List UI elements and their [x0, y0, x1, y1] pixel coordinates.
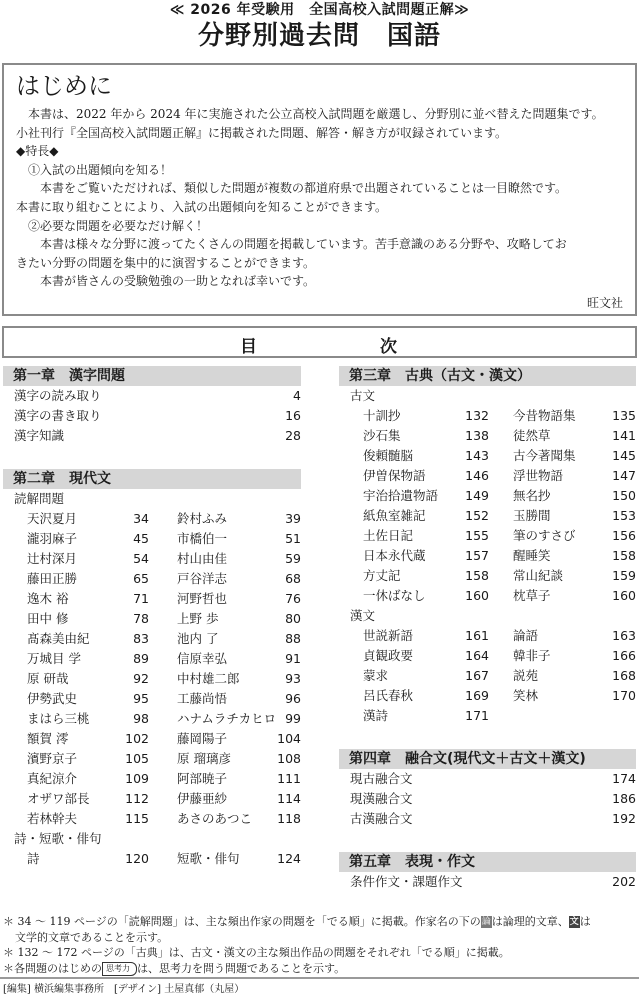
entry-page: 153 — [609, 506, 636, 526]
footnote-text: ＊各問題のはじめの — [3, 962, 102, 975]
entry-page: 160 — [459, 586, 489, 606]
entry-label: 原 研哉 — [27, 669, 119, 689]
chapter-2-heading: 第二章 現代文 — [3, 469, 301, 489]
literary-text-badge-icon: 文 — [569, 916, 580, 928]
entry-label: 濱野京子 — [27, 749, 119, 769]
toc-entry-pair[interactable]: 伊曽保物語146浮世物語147 — [339, 466, 636, 486]
toc-entry-pair[interactable]: 沙石集138徒然草141 — [339, 426, 636, 446]
entry-page: 4 — [293, 386, 301, 406]
entry-label: 短歌・俳句 — [149, 849, 273, 869]
toc-entry-pair[interactable]: 俊頼髄脳143古今著聞集145 — [339, 446, 636, 466]
footnotes: ＊ 34 ～ 119 ページの「読解問題」は、主な頻出作家の問題を「でる順」に掲… — [3, 914, 637, 976]
entry-label: 蒙求 — [363, 666, 459, 686]
toc-left-column: 第一章 漢字問題 漢字の読み取り4 漢字の書き取り16 漢字知識28 第二章 現… — [3, 366, 301, 869]
toc-entry-pair[interactable]: 呂氏春秋169笑林170 — [339, 686, 636, 706]
intro-line: 小社刊行『全国高校入試問題正解』に掲載された問題、解答・解き方が収録されています… — [16, 124, 625, 143]
entry-page: 163 — [609, 626, 636, 646]
entry-page: 28 — [285, 426, 301, 446]
entry-page: 174 — [612, 769, 636, 789]
entry-label: 中村雄二郎 — [149, 669, 273, 689]
entry-label: 天沢夏月 — [27, 509, 119, 529]
entry-page: 109 — [119, 769, 149, 789]
entry-page: 115 — [119, 809, 149, 829]
entry-page: 114 — [273, 789, 301, 809]
entry-label: 日本永代蔵 — [363, 546, 459, 566]
entry-page: 16 — [285, 406, 301, 426]
entry-page: 51 — [273, 529, 301, 549]
intro-box: はじめに 本書は、2022 年から 2024 年に実施された公立高校入試問題を厳… — [2, 63, 637, 316]
entry-page: 170 — [609, 686, 636, 706]
entry-page: 167 — [459, 666, 489, 686]
toc-title: 目 次 — [2, 326, 637, 358]
entry-label: 村山由佳 — [149, 549, 273, 569]
entry-label: 市橋伯一 — [149, 529, 273, 549]
entry-page: 161 — [459, 626, 489, 646]
entry-label: 枕草子 — [489, 586, 609, 606]
entry-label: 沙石集 — [363, 426, 459, 446]
toc-entry-pair[interactable]: 額賀 澪102藤岡陽子104 — [3, 729, 301, 749]
entry-page: 158 — [459, 566, 489, 586]
entry-page: 155 — [459, 526, 489, 546]
toc-entry-pair[interactable]: 方丈記158常山紀談159 — [339, 566, 636, 586]
entry-label — [489, 706, 609, 726]
chapter-3-heading: 第三章 古典（古文・漢文） — [339, 366, 636, 386]
entry-label: 一休ばなし — [363, 586, 459, 606]
entry-label: 醒睡笑 — [489, 546, 609, 566]
toc-entry-pair[interactable]: 一休ばなし160枕草子160 — [339, 586, 636, 606]
entry-page: 146 — [459, 466, 489, 486]
entry-page: 98 — [119, 709, 149, 729]
toc-entry-pair[interactable]: 世説新語161論語163 — [339, 626, 636, 646]
entry-label: 方丈記 — [363, 566, 459, 586]
entry-page: 65 — [119, 569, 149, 589]
entry-page: 39 — [273, 509, 301, 529]
entry-page: 147 — [609, 466, 636, 486]
toc-right-column: 第三章 古典（古文・漢文） 古文 十訓抄132今昔物語集135沙石集138徒然草… — [339, 366, 636, 892]
entry-label: 伊勢武史 — [27, 689, 119, 709]
entry-page: 112 — [119, 789, 149, 809]
footnote-text: は — [580, 915, 591, 928]
footnote-text: は、思考力を問う問題であることを示す。 — [137, 962, 345, 975]
entry-page: 168 — [609, 666, 636, 686]
toc-entry-pair[interactable]: 詩120短歌・俳句124 — [3, 849, 301, 869]
entry-label: 辻村深月 — [27, 549, 119, 569]
toc-entry-pair[interactable]: 漢詩171 — [339, 706, 636, 726]
entry-page: 45 — [119, 529, 149, 549]
entry-label: 伊曽保物語 — [363, 466, 459, 486]
entry-label: 万城目 学 — [27, 649, 119, 669]
entry-page: 104 — [273, 729, 301, 749]
intro-heading: はじめに — [16, 69, 625, 103]
entry-label: 俊頼髄脳 — [363, 446, 459, 466]
logical-text-badge-icon: 論 — [481, 916, 492, 928]
entry-page: 80 — [273, 609, 301, 629]
entry-page: 83 — [119, 629, 149, 649]
credits: [編集] 横浜編集事務所 [デザイン] 土屋真郁（丸屋） — [3, 983, 244, 997]
subsection-kobun: 古文 — [339, 386, 636, 406]
footnote-3: ＊各問題のはじめの思考力は、思考力を問う問題であることを示す。 — [3, 961, 637, 977]
entry-page: 124 — [273, 849, 301, 869]
entry-label: 若林幹夫 — [27, 809, 119, 829]
toc-entry-pair[interactable]: 濱野京子105原 瑠璃彦108 — [3, 749, 301, 769]
entry-label: 玉勝間 — [489, 506, 609, 526]
entry-page: 68 — [273, 569, 301, 589]
toc-entry[interactable]: 漢字知識28 — [3, 426, 301, 446]
toc-entry-pair[interactable]: 辻村深月54村山由佳59 — [3, 549, 301, 569]
toc-entry-pair[interactable]: 十訓抄132今昔物語集135 — [339, 406, 636, 426]
footnote-text: は論理的文章、 — [492, 915, 569, 928]
toc-entry-pair[interactable]: 瀧羽麻子45市橋伯一51 — [3, 529, 301, 549]
entry-label: 漢字の書き取り — [14, 406, 102, 426]
entry-page: 150 — [609, 486, 636, 506]
entry-label: 逸木 裕 — [27, 589, 119, 609]
entry-label: 土佐日記 — [363, 526, 459, 546]
entry-label: 漢詩 — [363, 706, 459, 726]
entry-page: 120 — [119, 849, 149, 869]
entry-page: 135 — [609, 406, 636, 426]
entry-page: 95 — [119, 689, 149, 709]
entry-page: 89 — [119, 649, 149, 669]
entry-label: 詩 — [27, 849, 119, 869]
entry-label: 河野哲也 — [149, 589, 273, 609]
page-header: ≪ 2026 年受験用 全国高校入試問題正解≫ 分野別過去問 国語 — [0, 0, 639, 53]
footer-divider — [0, 977, 639, 979]
feature-1-title: ①入試の出題傾向を知る！ — [16, 161, 625, 180]
entry-page: 164 — [459, 646, 489, 666]
footnote-text: ＊ 34 ～ 119 ページの「読解問題」は、主な頻出作家の問題を「でる順」に掲… — [3, 915, 481, 928]
intro-line: 本書が皆さんの受験勉強の一助となれば幸いです。 — [16, 272, 625, 291]
entry-label: 真紀涼介 — [27, 769, 119, 789]
toc-entry-pair[interactable]: 宇治拾遺物語149無名抄150 — [339, 486, 636, 506]
subsection-reading: 読解問題 — [3, 489, 301, 509]
chapter-4-heading: 第四章 融合文(現代文＋古文＋漢文) — [339, 749, 636, 769]
toc-entry-pair[interactable]: 土佐日記155筆のすさび156 — [339, 526, 636, 546]
entry-page: 88 — [273, 629, 301, 649]
entry-label: 池内 了 — [149, 629, 273, 649]
entry-page: 157 — [459, 546, 489, 566]
entry-label: 笑林 — [489, 686, 609, 706]
toc-entry-pair[interactable]: 日本永代蔵157醒睡笑158 — [339, 546, 636, 566]
entry-page: 171 — [459, 706, 489, 726]
entry-page: 143 — [459, 446, 489, 466]
entry-page: 91 — [273, 649, 301, 669]
toc-entry-pair[interactable]: 若林幹夫115あさのあつこ118 — [3, 809, 301, 829]
entry-page: 149 — [459, 486, 489, 506]
subsection-poetry: 詩・短歌・俳句 — [3, 829, 301, 849]
toc-entry-pair[interactable]: 万城目 学89信原幸弘91 — [3, 649, 301, 669]
entry-label: 十訓抄 — [363, 406, 459, 426]
entry-label: 漢字知識 — [14, 426, 64, 446]
entry-label: 古今著聞集 — [489, 446, 609, 466]
toc-entry-pair[interactable]: オザワ部長112伊藤亜紗114 — [3, 789, 301, 809]
entry-page: 59 — [273, 549, 301, 569]
entry-label: 今昔物語集 — [489, 406, 609, 426]
entry-label: 原 瑠璃彦 — [149, 749, 273, 769]
toc-entry-pair[interactable]: 藤田正勝65戸谷洋志68 — [3, 569, 301, 589]
toc-entry[interactable]: 現漢融合文186 — [339, 789, 636, 809]
entry-label: 呂氏春秋 — [363, 686, 459, 706]
entry-page: 192 — [612, 809, 636, 829]
entry-label: 額賀 澪 — [27, 729, 119, 749]
toc-entry[interactable]: 古漢融合文192 — [339, 809, 636, 829]
entry-label: 藤田正勝 — [27, 569, 119, 589]
feature-2-title: ②必要な問題を必要なだけ解く！ — [16, 217, 625, 236]
entry-label: 阿部暁子 — [149, 769, 273, 789]
entry-label: 宇治拾遺物語 — [363, 486, 459, 506]
footnote-1-cont: 文学的文章であることを示す。 — [3, 930, 637, 946]
entry-label: 貞観政要 — [363, 646, 459, 666]
entry-page: 99 — [273, 709, 301, 729]
toc-entry-pair[interactable]: 原 研哉92中村雄二郎93 — [3, 669, 301, 689]
entry-label: 論語 — [489, 626, 609, 646]
page-title: 分野別過去問 国語 — [0, 19, 639, 53]
entry-page: 152 — [459, 506, 489, 526]
toc-entry-pair[interactable]: 田中 修78上野 歩80 — [3, 609, 301, 629]
entry-label: 説苑 — [489, 666, 609, 686]
intro-line: 本書に取り組むことにより、入試の出題傾向を知ることができます。 — [16, 198, 625, 217]
entry-label: あさのあつこ — [149, 809, 273, 829]
entry-page — [609, 706, 636, 726]
entry-label: 上野 歩 — [149, 609, 273, 629]
entry-page: 138 — [459, 426, 489, 446]
subsection-kanbun: 漢文 — [339, 606, 636, 626]
entry-page: 166 — [609, 646, 636, 666]
entry-label: 藤岡陽子 — [149, 729, 273, 749]
publisher-name: 旺文社 — [16, 294, 625, 313]
toc-entry-pair[interactable]: 紙魚室雑記152玉勝間153 — [339, 506, 636, 526]
entry-page: 132 — [459, 406, 489, 426]
toc-entry[interactable]: 漢字の書き取り16 — [3, 406, 301, 426]
entry-page: 145 — [609, 446, 636, 466]
entry-label: 鈴村ふみ — [149, 509, 273, 529]
chapter-5-heading: 第五章 表現・作文 — [339, 852, 636, 872]
entry-page: 118 — [273, 809, 301, 829]
toc-entry-pair[interactable]: 天沢夏月34鈴村ふみ39 — [3, 509, 301, 529]
entry-page: 186 — [612, 789, 636, 809]
entry-label: 戸谷洋志 — [149, 569, 273, 589]
entry-label: 現漢融合文 — [350, 789, 413, 809]
intro-line: 本書は様々な分野に渡ってたくさんの問題を掲載しています。苦手意識のある分野や、攻… — [16, 235, 625, 254]
entry-label: 世説新語 — [363, 626, 459, 646]
entry-page: 202 — [612, 872, 636, 892]
entry-page: 105 — [119, 749, 149, 769]
entry-label: 信原幸弘 — [149, 649, 273, 669]
entry-label: 髙森美由紀 — [27, 629, 119, 649]
entry-page: 93 — [273, 669, 301, 689]
entry-label: 紙魚室雑記 — [363, 506, 459, 526]
toc-entry-pair[interactable]: 蒙求167説苑168 — [339, 666, 636, 686]
entry-label: 瀧羽麻子 — [27, 529, 119, 549]
toc-entry[interactable]: 条件作文・課題作文202 — [339, 872, 636, 892]
toc-title-right: 次 — [380, 332, 397, 357]
entry-label: 漢字の読み取り — [14, 386, 102, 406]
intro-line: きたい分野の問題を集中的に演習することができます。 — [16, 254, 625, 273]
entry-label: 条件作文・課題作文 — [350, 872, 463, 892]
entry-label: オザワ部長 — [27, 789, 119, 809]
entry-label: まはら三桃 — [27, 709, 119, 729]
entry-page: 111 — [273, 769, 301, 789]
entry-label: 筆のすさび — [489, 526, 609, 546]
toc-entry-pair[interactable]: まはら三桃98ハナムラチカヒロ99 — [3, 709, 301, 729]
entry-page: 160 — [609, 586, 636, 606]
entry-page: 141 — [609, 426, 636, 446]
toc-entry-pair[interactable]: 真紀涼介109阿部暁子111 — [3, 769, 301, 789]
series-label: ≪ 2026 年受験用 全国高校入試問題正解≫ — [0, 1, 639, 19]
thinking-badge-icon: 思考力 — [102, 962, 137, 976]
footnote-1: ＊ 34 ～ 119 ページの「読解問題」は、主な頻出作家の問題を「でる順」に掲… — [3, 914, 637, 930]
entry-label: 常山紀談 — [489, 566, 609, 586]
intro-line: 本書をご覧いただければ、類似した問題が複数の都道府県で出題されていることは一目瞭… — [16, 179, 625, 198]
entry-page: 54 — [119, 549, 149, 569]
entry-page: 92 — [119, 669, 149, 689]
entry-page: 156 — [609, 526, 636, 546]
toc-entry-pair[interactable]: 伊勢武史95工藤尚悟96 — [3, 689, 301, 709]
features-label: ◆特長◆ — [16, 142, 625, 161]
entry-label: 無名抄 — [489, 486, 609, 506]
entry-label: 伊藤亜紗 — [149, 789, 273, 809]
entry-page: 169 — [459, 686, 489, 706]
entry-page: 108 — [273, 749, 301, 769]
entry-page: 76 — [273, 589, 301, 609]
entry-page: 78 — [119, 609, 149, 629]
entry-page: 96 — [273, 689, 301, 709]
entry-label: 田中 修 — [27, 609, 119, 629]
footnote-2: ＊ 132 ～ 172 ページの「古典」は、古文・漢文の主な頻出作品の問題をそれ… — [3, 945, 637, 961]
intro-line: 本書は、2022 年から 2024 年に実施された公立高校入試問題を厳選し、分野… — [16, 105, 625, 124]
toc-title-left: 目 — [240, 332, 257, 357]
entry-label: 工藤尚悟 — [149, 689, 273, 709]
entry-page: 34 — [119, 509, 149, 529]
entry-page: 102 — [119, 729, 149, 749]
chapter-1-heading: 第一章 漢字問題 — [3, 366, 301, 386]
entry-label: 古漢融合文 — [350, 809, 413, 829]
entry-page: 158 — [609, 546, 636, 566]
entry-label: 浮世物語 — [489, 466, 609, 486]
entry-label: 現古融合文 — [350, 769, 413, 789]
toc-entry[interactable]: 漢字の読み取り4 — [3, 386, 301, 406]
entry-label: ハナムラチカヒロ — [149, 709, 273, 729]
toc-entry-pair[interactable]: 逸木 裕71河野哲也76 — [3, 589, 301, 609]
entry-page: 71 — [119, 589, 149, 609]
entry-label: 韓非子 — [489, 646, 609, 666]
toc-entry[interactable]: 現古融合文174 — [339, 769, 636, 789]
toc-entry-pair[interactable]: 髙森美由紀83池内 了88 — [3, 629, 301, 649]
entry-label: 徒然草 — [489, 426, 609, 446]
toc-entry-pair[interactable]: 貞観政要164韓非子166 — [339, 646, 636, 666]
entry-page: 159 — [609, 566, 636, 586]
